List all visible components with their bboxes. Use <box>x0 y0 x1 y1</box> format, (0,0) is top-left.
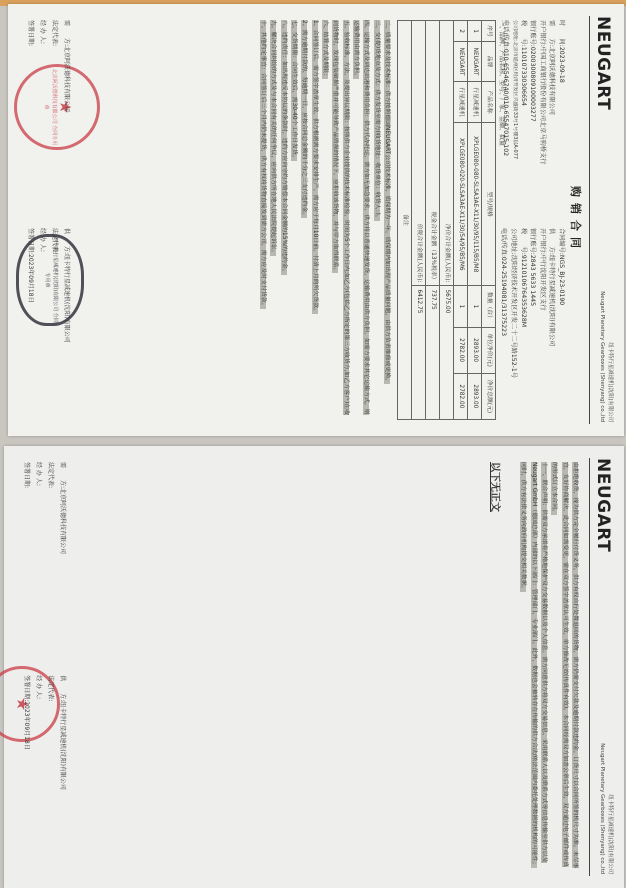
table-row: 2NEUGART行星减速机XPLGE080-020-SLSA3AE-X11/30… <box>454 21 468 420</box>
table-header: 型号/规格 <box>482 123 496 286</box>
buyer-info: 时 间:2023-09-18 需 方:北京阿沃德科技有限公司 开户银行:中国工商… <box>499 20 566 212</box>
seller-signature: 供 方:纽卡特行星减速机(沈阳)有限公司 法定代表: 经 办 人: 签署日期:2… <box>20 675 68 872</box>
clause: 十、其他约定事宜：合同签订后三个月内仍未提货，供方有权将货物直接发到需方公司，需… <box>258 20 268 420</box>
seller-sign-date: 2023年09月18日 <box>23 701 30 750</box>
signature-block: 需 方:北京阿沃德科技有限公司 法定代表: 经 办 人: 签署日期: 供 方:纽… <box>20 462 68 872</box>
header-company-en: Neugart Planetary Gearboxes (Shenyang) c… <box>597 291 605 422</box>
clause: 由拒绝收货，视为供方完全履行付货义务。供方有权自行处置退回的货物，需方仍需支付欠… <box>549 462 580 872</box>
clause: 五、验收标准、方法、及提出异议期限：按照供方企业提供的技术标准检验，时间为5个工… <box>330 20 351 420</box>
clause: 十一、联合声明：供需双方承诺将严格地保护双方交易数据以及个人信息。需方同意供方将… <box>518 462 549 872</box>
end-of-text-mark: 以下无正文 <box>487 462 503 512</box>
seller-account: 2843 5633 1445 <box>529 255 536 306</box>
header-divider <box>589 16 590 424</box>
clause: 八、违约责任：如出现违反本协议的条款时，违约方应向守约方赔偿本合同金额的15%的… <box>278 20 288 420</box>
neugart-logo: NEUGART <box>590 458 616 552</box>
contract-page-2: NEUGART 纽卡特行星减速机(沈阳)有限公司 Neugart Planeta… <box>4 446 624 888</box>
table-row: 1NEUGART行星减速机XPLGE080-080-SLSA3AE-X11/30… <box>468 21 482 420</box>
clause: 三、交(提)货地点及方式：供方发货至需方(收货地址：收货单位：收货人：)。 <box>371 20 381 420</box>
remark-row: 备注 <box>398 21 412 420</box>
clause: 七、交货期限：合同生效后，需30-40个工作日发货。 <box>289 20 299 420</box>
buyer-address: 北京市通州区经济开发区兴盛街33号1号楼3层A-077 <box>512 42 518 159</box>
table-header: 净价总额(元) <box>482 373 496 419</box>
seller-phone: 024-25194081/31375223 <box>500 257 507 336</box>
table-header: 单位净价(元) <box>482 327 496 373</box>
clause: 2、需方逾期付款的，每逾期一日，应按合同总金额的千分之三支付违约金。 <box>299 20 309 420</box>
parties-info: 时 间:2023-09-18 需 方:北京阿沃德科技有限公司 开户银行:中国工商… <box>499 20 566 420</box>
contract-clauses: 二、质量要求及技术标准：供方按照德国NEUGART公司技术标准，质保期为一年。质… <box>258 20 392 420</box>
clause: 1、合同签订后，需方签字盖章生效，供方根据需方要求安排生产。需方应于每月10日前… <box>309 20 319 420</box>
seller-name: 纽卡特行星减速机(沈阳)有限公司 <box>548 255 555 346</box>
buyer-tax: 110107330306654 <box>520 47 527 106</box>
clause: 四、运输方式及到达站港和费用负担：供方代办托运，需方如无加急要求，供方将以普通快… <box>351 20 372 420</box>
clause: 六、结算方式及期限： <box>320 20 330 420</box>
contract-date: 2023-09-18 <box>558 47 565 83</box>
contract-number: NGS_BJ-23-0190 <box>558 255 565 305</box>
buyer-account: 0200300809100003277 <box>529 47 536 122</box>
page-title: 购销合同 <box>567 4 584 436</box>
header-divider <box>589 458 590 876</box>
seller-tax: 91210106764353628M <box>520 255 527 327</box>
header-company: 纽卡特行星减速机(沈阳)有限公司 Neugart Planetary Gearb… <box>597 291 614 422</box>
header-company: 纽卡特行星减速机(沈阳)有限公司 Neugart Planetary Gearb… <box>597 743 614 874</box>
buyer-signature: 需 方:北京阿沃德科技有限公司 法定代表: 经 办 人: 签署日期: <box>20 462 68 554</box>
seller-bank: 中行沈阳开发区支行 <box>539 255 546 311</box>
clause: 九、解决合同纠纷的方式及与本合同有关的任何争议，应向供方所在地人民法院提起诉讼。 <box>268 20 278 420</box>
table-total-row: 净价合计金额(人民币):5675.00 <box>440 21 454 420</box>
table-header: 数量（台） <box>482 286 496 327</box>
contract-clauses-continued: 由拒绝收货，视为供方完全履行付货义务。供方有权自行处置退回的货物，需方仍需支付欠… <box>518 462 580 872</box>
signature-block: 需 方:北京阿沃德科技有限公司 法定代表: 经 办 人: 签署日期: 供 方:纽… <box>24 20 72 420</box>
table-total-row: 价税合计金额(人民币):6412.75 <box>412 21 426 420</box>
table-total-row: 税金合计金额（13%税率）737.75 <box>426 21 440 420</box>
table-header: 品牌 <box>482 42 496 82</box>
table-header: 产品名称 <box>482 81 496 122</box>
seller-address: 沈阳经济技术开发区开发二十二号路152-1号 <box>510 255 517 378</box>
buyer-name: 北京阿沃德科技有限公司 <box>548 47 555 115</box>
neugart-logo: NEUGART <box>590 16 616 110</box>
table-header: 序号 <box>482 21 496 42</box>
seller-sign-date: 2023年09月18日 <box>27 254 34 303</box>
seller-info: 合同编号:NGS_BJ-23-0190 供 方:纽卡特行星减速机(沈阳)有限公司… <box>499 228 566 420</box>
section-1-heading: 一、品牌、产品名称、型号、厂家、金额、数量 <box>497 20 506 146</box>
items-table: 序号品牌产品名称型号/规格数量（台）单位净价(元)净价总额(元) 1NEUGAR… <box>397 20 496 420</box>
header-company-cn: 纽卡特行星减速机(沈阳)有限公司 <box>606 291 614 422</box>
clause: 二、质量要求及技术标准：供方按照德国NEUGART公司技术标准，质保期为一年。质… <box>382 20 392 420</box>
seller-signature: 供 方:纽卡特行星减速机(沈阳)有限公司 法定代表: 经 办 人: 签署日期:2… <box>24 228 72 420</box>
buyer-signature: 需 方:北京阿沃德科技有限公司 法定代表: 经 办 人: 签署日期: <box>24 20 72 112</box>
contract-page-1: NEUGART 纽卡特行星减速机(沈阳)有限公司 Neugart Planeta… <box>8 4 624 436</box>
buyer-bank: 中国工商银行股份有限公司北京马驹桥支行 <box>539 47 546 165</box>
